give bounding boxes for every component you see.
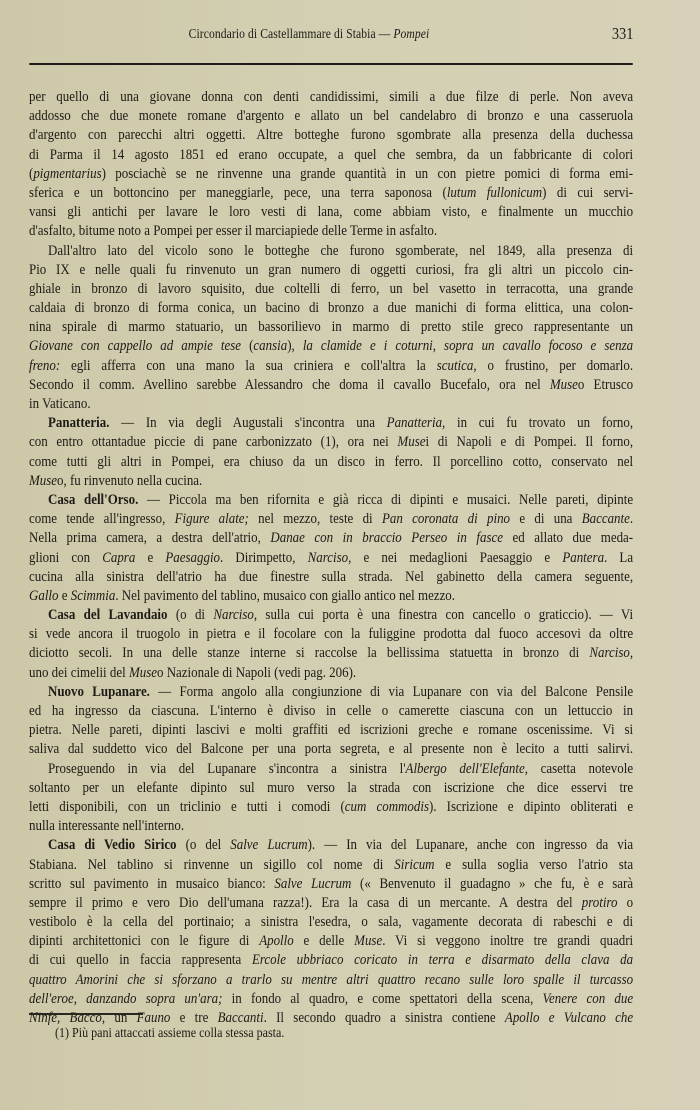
text-line: con entro ottantadue piccie di pane carb… — [29, 433, 633, 452]
text-line: Casa dell'Orso. — Piccola ma ben riforni… — [29, 491, 633, 510]
page-number: 331 — [611, 24, 633, 44]
text-line: (pigmentarius) posciachè se ne rinvenne … — [29, 165, 633, 184]
running-header: Circondario di Castellammare di Stabia —… — [29, 24, 633, 44]
text-line: di cui quello in faccia rappresenta Erco… — [29, 951, 633, 970]
text-line: vansi gli antichi per lavare le loro ves… — [29, 203, 633, 222]
text-line: Panatteria. — In via degli Augustali s'i… — [29, 414, 633, 433]
text-line: Secondo il comm. Avellino sarebbe Alessa… — [29, 376, 633, 395]
running-title: Circondario di Castellammare di Stabia —… — [68, 26, 550, 42]
text-line: nina spirale di marmo statuario, un bass… — [29, 318, 633, 337]
text-line: dell'eroe, danzando sopra un'ara; in fon… — [29, 990, 633, 1009]
text-line: Dall'altro lato del vicolo sono le botte… — [29, 242, 633, 261]
text-line: ed ha ingresso da ciascuna. L'interno è … — [29, 702, 633, 721]
text-line: vestibolo è la cella del portinaio; a si… — [29, 913, 633, 932]
text-line: freno: egli afferra con una mano la sua … — [29, 357, 633, 376]
text-line: Casa del Lavandaio (o di Narciso, sulla … — [29, 606, 633, 625]
text-line: caldaia di bronzo di forma conica, un ba… — [29, 299, 633, 318]
text-line: come tende all'ingresso, Figure alate; n… — [29, 510, 633, 529]
text-line: cucina alla sinistra dell'atrio ha due f… — [29, 568, 633, 587]
text-line: scritto sul pavimento in musaico bianco:… — [29, 875, 633, 894]
text-line: nulla interessante nell'interno. — [29, 817, 633, 836]
text-line: d'asfalto, bitume noto a Pompei per esse… — [29, 222, 633, 241]
text-line: per quello di una giovane donna con dent… — [29, 88, 633, 107]
running-title-place: Pompei — [393, 26, 429, 41]
text-line: Museo, fu rinvenuto nella cucina. — [29, 472, 633, 491]
text-line: Nuovo Lupanare. — Forma angolo alla cong… — [29, 683, 633, 702]
running-title-text: Circondario di Castellammare di Stabia — — [189, 26, 394, 41]
text-line: quattro Amorini che si sforzano a trarlo… — [29, 971, 633, 990]
text-line: Proseguendo in via del Lupanare s'incont… — [29, 760, 633, 779]
text-line: addosso che due monete romane d'argento … — [29, 107, 633, 126]
body-text: per quello di una giovane donna con dent… — [29, 88, 633, 1028]
header-rule — [29, 63, 633, 65]
text-line: sempre il primo e vero Dio dell'umana ra… — [29, 894, 633, 913]
text-line: saliva dal suddetto vico del Balcone per… — [29, 740, 633, 759]
text-line: Gallo e Scimmia. Nel pavimento del tabli… — [29, 587, 633, 606]
text-line: Nella prima camera, a destra dell'atrio,… — [29, 529, 633, 548]
text-line: Stabiana. Nel tablino si rinvenne un sig… — [29, 856, 633, 875]
text-line: di Parma il 14 agosto 1851 ed erano occu… — [29, 146, 633, 165]
text-line: ghiale in bronzo di lavoro squisito, due… — [29, 280, 633, 299]
text-line: letti disponibili, con un triclinio e tu… — [29, 798, 633, 817]
text-line: Casa di Vedio Sirico (o del Salve Lucrum… — [29, 836, 633, 855]
footnote-rule — [29, 1013, 143, 1015]
text-line: in Vaticano. — [29, 395, 633, 414]
text-line: d'argento con parecchi altri oggetti. Al… — [29, 126, 633, 145]
text-line: si vede ancora il truogolo in pietra e i… — [29, 625, 633, 644]
text-line: pietra. Nelle pareti, dipinti lascivi e … — [29, 721, 633, 740]
text-line: Giovane con cappello ad ampie tese (cans… — [29, 337, 633, 356]
text-line: dipinti architettonici con le figure di … — [29, 932, 633, 951]
text-line: uno dei cimelii del Museo Nazionale di N… — [29, 664, 633, 683]
text-line: diciotto secoli. In una delle stanze int… — [29, 644, 633, 663]
text-line: come tutti gli altri in Pompei, era chiu… — [29, 453, 633, 472]
text-line: sferica e un bottoncino per maneggiarle,… — [29, 184, 633, 203]
text-line: soltanto per un elefante dipinto sul mur… — [29, 779, 633, 798]
footnote: (1) Più pani attaccati assieme colla ste… — [55, 1026, 284, 1042]
text-line: glioni con Capra e Paesaggio. Dirimpetto… — [29, 549, 633, 568]
text-line: Pio IX e nelle quali fu rinvenuto un gra… — [29, 261, 633, 280]
